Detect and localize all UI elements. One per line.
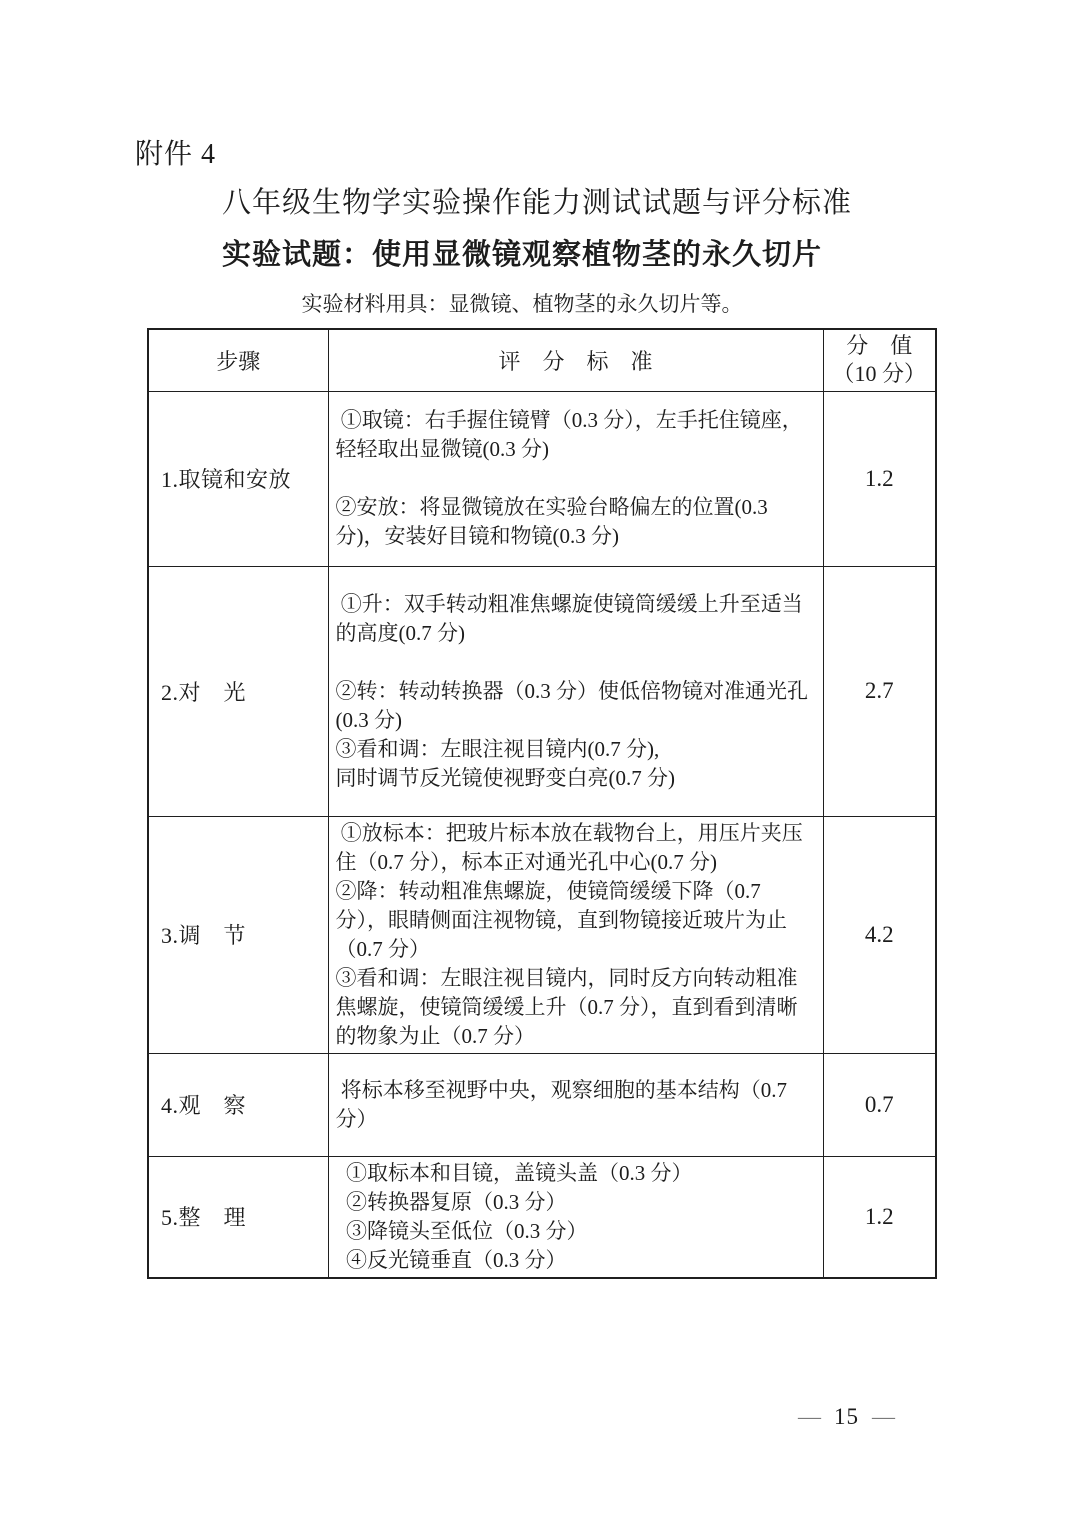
criteria-text: ①取镜：右手握住镜臂（0.3 分），左手托住镜座，轻轻取出显微镜(0.3 分) … xyxy=(328,391,823,566)
table-row: 3.调 节 ①放标本：把玻片标本放在载物台上，用压片夹压住（0.7 分），标本正… xyxy=(148,816,936,1053)
criteria-text: ①取标本和目镜，盖镜头盖（0.3 分） ②转换器复原（0.3 分） ③降镜头至低… xyxy=(328,1156,823,1278)
step-label: 4.观 察 xyxy=(148,1053,328,1156)
table-header-row: 步骤 评 分 标 准 分 值 （10 分） xyxy=(148,329,936,391)
header-step: 步骤 xyxy=(148,329,328,391)
header-criteria: 评 分 标 准 xyxy=(328,329,823,391)
criteria-text: ①放标本：把玻片标本放在载物台上，用压片夹压住（0.7 分），标本正对通光孔中心… xyxy=(328,816,823,1053)
step-label: 5.整 理 xyxy=(148,1156,328,1278)
score-value: 1.2 xyxy=(823,1156,936,1278)
footer-right-dash: — xyxy=(872,1404,895,1430)
table-row: 2.对 光 ①升：双手转动粗准焦螺旋使镜筒缓缓上升至适当的高度(0.7 分) ②… xyxy=(148,566,936,816)
header-score: 分 值 （10 分） xyxy=(823,329,936,391)
table-row: 5.整 理 ①取标本和目镜，盖镜头盖（0.3 分） ②转换器复原（0.3 分） … xyxy=(148,1156,936,1278)
materials-line: 实验材料用具：显微镜、植物茎的永久切片等。 xyxy=(0,288,1044,318)
score-value: 2.7 xyxy=(823,566,936,816)
attachment-label: 附件 4 xyxy=(135,132,216,172)
document-page: 附件 4 八年级生物学实验操作能力测试试题与评分标准 实验试题：使用显微镜观察植… xyxy=(0,0,1074,1520)
table-row: 4.观 察 将标本移至视野中央，观察细胞的基本结构（0.7 分） 0.7 xyxy=(148,1053,936,1156)
header-score-line1: 分 值 xyxy=(824,332,936,360)
score-value: 4.2 xyxy=(823,816,936,1053)
header-score-line2: （10 分） xyxy=(824,360,936,388)
criteria-text: 将标本移至视野中央，观察细胞的基本结构（0.7 分） xyxy=(328,1053,823,1156)
criteria-text: ①升：双手转动粗准焦螺旋使镜筒缓缓上升至适当的高度(0.7 分) ②转：转动转换… xyxy=(328,566,823,816)
step-label: 1.取镜和安放 xyxy=(148,391,328,566)
footer-left-dash: — xyxy=(798,1404,821,1430)
scoring-rubric-table: 步骤 评 分 标 准 分 值 （10 分） 1.取镜和安放 ①取镜：右手握住镜臂… xyxy=(147,328,937,1279)
experiment-subtitle: 实验试题：使用显微镜观察植物茎的永久切片 xyxy=(0,232,1044,273)
score-value: 0.7 xyxy=(823,1053,936,1156)
score-value: 1.2 xyxy=(823,391,936,566)
document-title: 八年级生物学实验操作能力测试试题与评分标准 xyxy=(0,180,1074,221)
step-label: 3.调 节 xyxy=(148,816,328,1053)
page-number: 15 xyxy=(834,1404,859,1430)
page-footer: — 15 — xyxy=(798,1404,895,1430)
step-label: 2.对 光 xyxy=(148,566,328,816)
table-row: 1.取镜和安放 ①取镜：右手握住镜臂（0.3 分），左手托住镜座，轻轻取出显微镜… xyxy=(148,391,936,566)
